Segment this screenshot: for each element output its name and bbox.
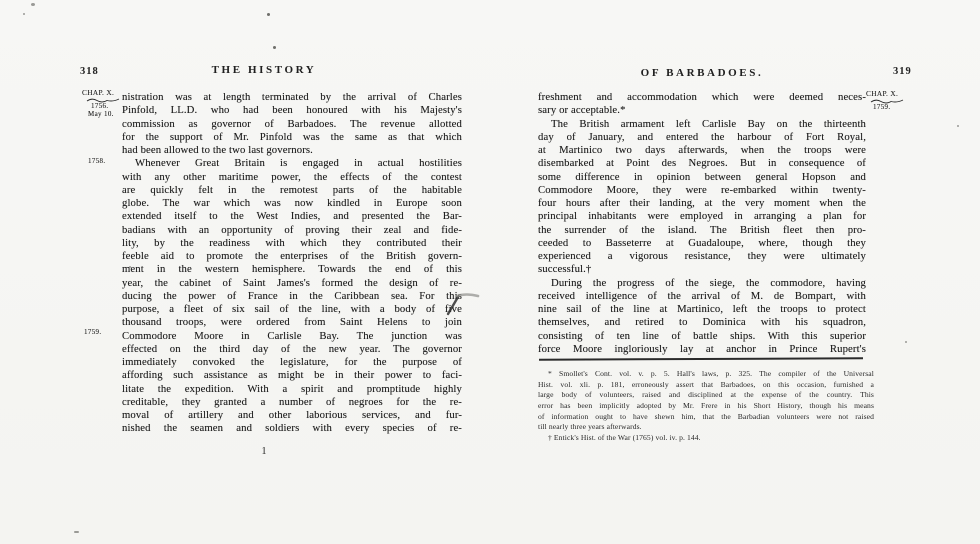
text-line: day of January, and entered the harbour … [538,131,866,144]
scan-speck [74,531,79,533]
right-page-footnotes: * Smollet's Cont. vol. v. p. 5. Hall's l… [538,369,874,444]
text-line: The British armament left Carlisle Bay o… [538,118,866,131]
left-page-body: nistration was at length terminated by t… [122,91,462,436]
margin-note-year-1758: 1758. [88,157,106,165]
scan-speck [957,125,959,127]
text-line: thousand troops, were ordered from Saint… [122,316,462,329]
text-line: nine sail of the line at Martinico, left… [538,303,866,316]
text-line: ceeded to Basseterre at Guadaloupe, wher… [538,237,866,250]
running-header-right: OF BARBADOES. [538,67,866,79]
margin-note-chapter-left: CHAP. X. [82,88,114,97]
scan-speck [23,13,25,15]
text-line: the surrender of the island. The British… [538,224,866,237]
text-line: affording such assistance as might be in… [122,369,462,382]
text-line: effected on the third day of the new yea… [122,343,462,356]
text-line: for the support of Mr. Pinfold was the s… [122,131,462,144]
text-line: sary or acceptable.* [538,104,866,117]
footnote-line: error has been implicitly adopted by Mr.… [538,401,874,412]
text-line: commission as governor of Barbadoes. The… [122,118,462,131]
text-line: disembarked at Point des Negroes. But in… [538,157,866,170]
scan-speck [31,3,35,6]
scan-speck [267,13,270,16]
text-line: During the progress of the siege, the co… [538,277,866,290]
footnote-line: † Entick's Hist. of the War (1765) vol. … [538,433,874,444]
text-line: Whenever Great Britain is engaged in act… [122,157,462,170]
margin-note-date-may10: May 10. [88,110,114,118]
text-line: purpose, a fleet of six sail of the line… [122,303,462,316]
text-line: extended itself to the West Indies, and … [122,210,462,223]
footnote-line: of information ought to have shewn him, … [538,412,874,423]
footnote-line: * Smollet's Cont. vol. v. p. 5. Hall's l… [538,369,874,380]
text-line: at Martinico two days afterwards, when t… [538,144,866,157]
text-line: experienced a vigorous resistance, they … [538,250,866,263]
text-line: with any other maritime power, the effec… [122,171,462,184]
text-line: immediately convoked the legislature, fo… [122,356,462,369]
page-number-right: 319 [893,66,912,77]
margin-note-year-1759-left: 1759. [84,328,102,336]
margin-note-chapter-right: CHAP. X. [866,89,898,98]
text-line: ducing the power of France in the Caribb… [122,290,462,303]
text-line: are quickly felt in the remotest parts o… [122,184,462,197]
page-number-left: 318 [80,66,99,77]
footnote-line: Hist. vol. xli. p. 181, erroneously asse… [538,380,874,391]
text-line: badians with an opportunity of proving t… [122,224,462,237]
footnote-rule [539,357,863,360]
text-line: lity, by the readiness with which they c… [122,237,462,250]
text-line: globe. The war which was now kindled in … [122,197,462,210]
scan-speck [905,341,907,343]
text-line: principal inhabitants were employed in a… [538,210,866,223]
margin-note-year-1756: 1756. [91,102,109,110]
text-line: four hours after their landing, at the v… [538,197,866,210]
margin-note-year-1759-right: 1759. [873,103,891,111]
running-header-left: THE HISTORY [124,64,404,76]
text-line: consisting of ten line of battle ships. … [538,330,866,343]
right-page-body: freshment and accommodation which were d… [538,91,866,356]
text-line: ment in the western hemisphere. Towards … [122,263,462,276]
scanned-book-spread: 318 THE HISTORY CHAP. X. 1756. May 10. 1… [0,0,980,544]
text-line: nistration was at length terminated by t… [122,91,462,104]
scan-speck [129,266,131,268]
text-line: some difference in opinion between gener… [538,171,866,184]
text-line: year, the cabinet of Saint James's forme… [122,277,462,290]
signature-mark: 1 [124,446,404,457]
footnote-line: till nearly three years afterwards. [538,422,874,433]
footnote-line: large body of volunteers, raised and dis… [538,390,874,401]
scan-speck [273,46,276,49]
text-line: Pinfold, LL.D. who had been honoured wit… [122,104,462,117]
text-line: force Moore ingloriously lay at anchor i… [538,343,866,356]
text-line: feeble aid to promote the enterprises of… [122,250,462,263]
text-line: successful.† [538,263,866,276]
text-line: nished the seamen and soldiers with ever… [122,422,462,435]
text-line: creditable, they granted a number of neg… [122,396,462,409]
text-line: litate the expedition. With a spirit and… [122,383,462,396]
text-line: received intelligence of the arrival of … [538,290,866,303]
text-line: themselves, and retired to Dominica with… [538,316,866,329]
text-line: Commodore Moore in Carlisle Bay. The jun… [122,330,462,343]
ink-smudge [438,288,484,324]
text-line: had been allowed to the two last governo… [122,144,462,157]
text-line: Commodore Moore, they were re-embarked w… [538,184,866,197]
text-line: freshment and accommodation which were d… [538,91,866,104]
text-line: moval of artillery and other laborious s… [122,409,462,422]
